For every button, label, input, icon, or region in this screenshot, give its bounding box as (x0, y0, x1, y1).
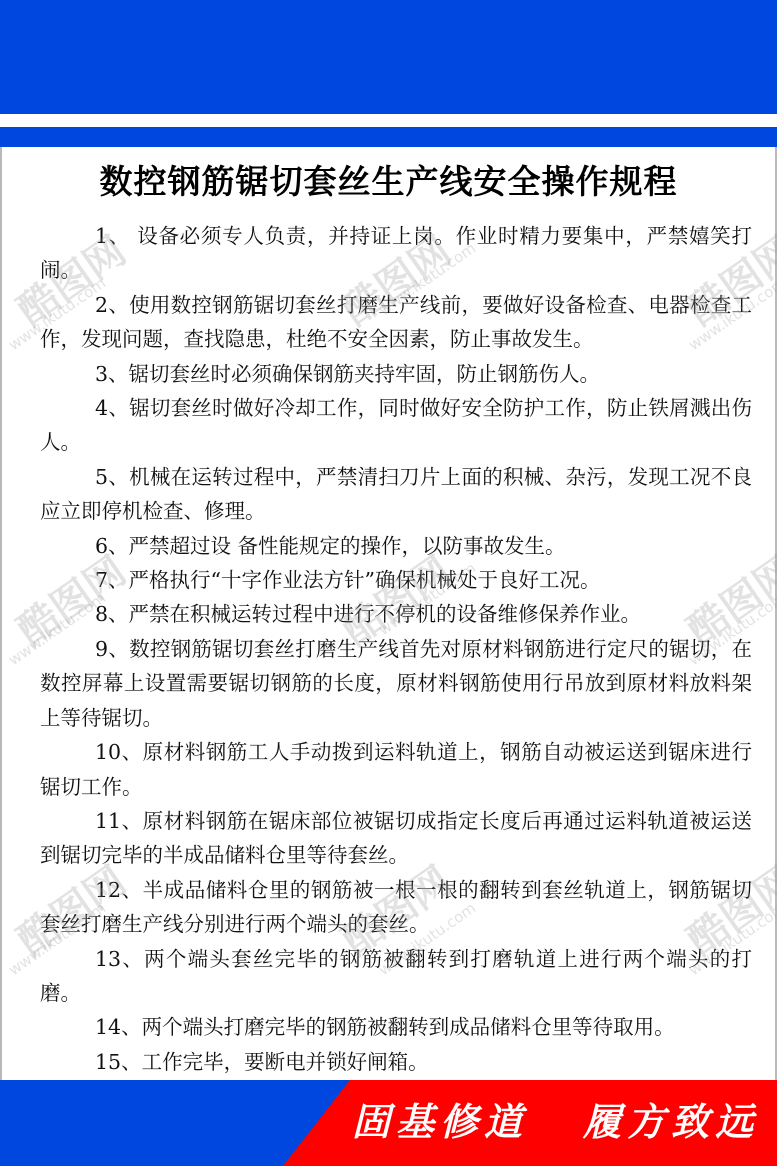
rule-item: 13、两个端头套丝完毕的钢筋被翻转到打磨轨道上进行两个端头的打磨。 (40, 942, 752, 1011)
header-blue-stripe (0, 127, 777, 147)
rule-item: 12、半成品储料仓里的钢筋被一根一根的翻转到套丝轨道上，钢筋锯切套丝打磨生产线分… (40, 873, 752, 942)
rule-item: 8、严禁在积械运转过程中进行不停机的设备维修保养作业。 (40, 597, 752, 631)
header-blue-band (0, 0, 777, 114)
rule-item: 10、原材料钢筋工人手动拨到运料轨道上，钢筋自动被运送到锯床进行锯切工作。 (40, 735, 752, 804)
rule-item: 15、工作完毕，要断电并锁好闸箱。 (40, 1045, 752, 1079)
rule-item: 9、数控钢筋锯切套丝打磨生产线首先对原材料钢筋进行定尺的锯切，在数控屏幕上设置需… (40, 632, 752, 735)
rule-item: 5、机械在运转过程中，严禁清扫刀片上面的积械、杂污，发现工况不良应立即停机检查、… (40, 460, 752, 529)
footer-banner: 固基修道 履方致远 (0, 1080, 777, 1166)
rule-item: 3、锯切套丝时必须确保钢筋夹持牢固，防止钢筋伤人。 (40, 357, 752, 391)
rule-item: 1、 设备必须专人负责，并持证上岗。作业时精力要集中，严禁嬉笑打闹。 (40, 219, 752, 288)
footer-slogan-left: 固基修道 (352, 1092, 528, 1152)
rule-item: 7、严格执行“十字作业法方针”确保机械处于良好工况。 (40, 563, 752, 597)
rule-item: 11、原材料钢筋在锯床部位被锯切成指定长度后再通过运料轨道被运送到锯切完毕的半成… (40, 804, 752, 873)
rule-item: 6、严禁超过设 备性能规定的操作，以防事故发生。 (40, 529, 752, 563)
rule-item: 2、使用数控钢筋锯切套丝打磨生产线前，要做好设备检查、电器检查工作，发现问题，查… (40, 288, 752, 357)
page-title: 数控钢筋锯切套丝生产线安全操作规程 (0, 157, 777, 207)
rule-item: 14、两个端头打磨完毕的钢筋被翻转到成品储料仓里等待取用。 (40, 1010, 752, 1044)
rules-list: 1、 设备必须专人负责，并持证上岗。作业时精力要集中，严禁嬉笑打闹。 2、使用数… (40, 219, 752, 1079)
footer-slogan-right: 履方致远 (583, 1092, 759, 1152)
rule-item: 4、锯切套丝时做好冷却工作，同时做好安全防护工作，防止铁屑溅出伤人。 (40, 391, 752, 460)
